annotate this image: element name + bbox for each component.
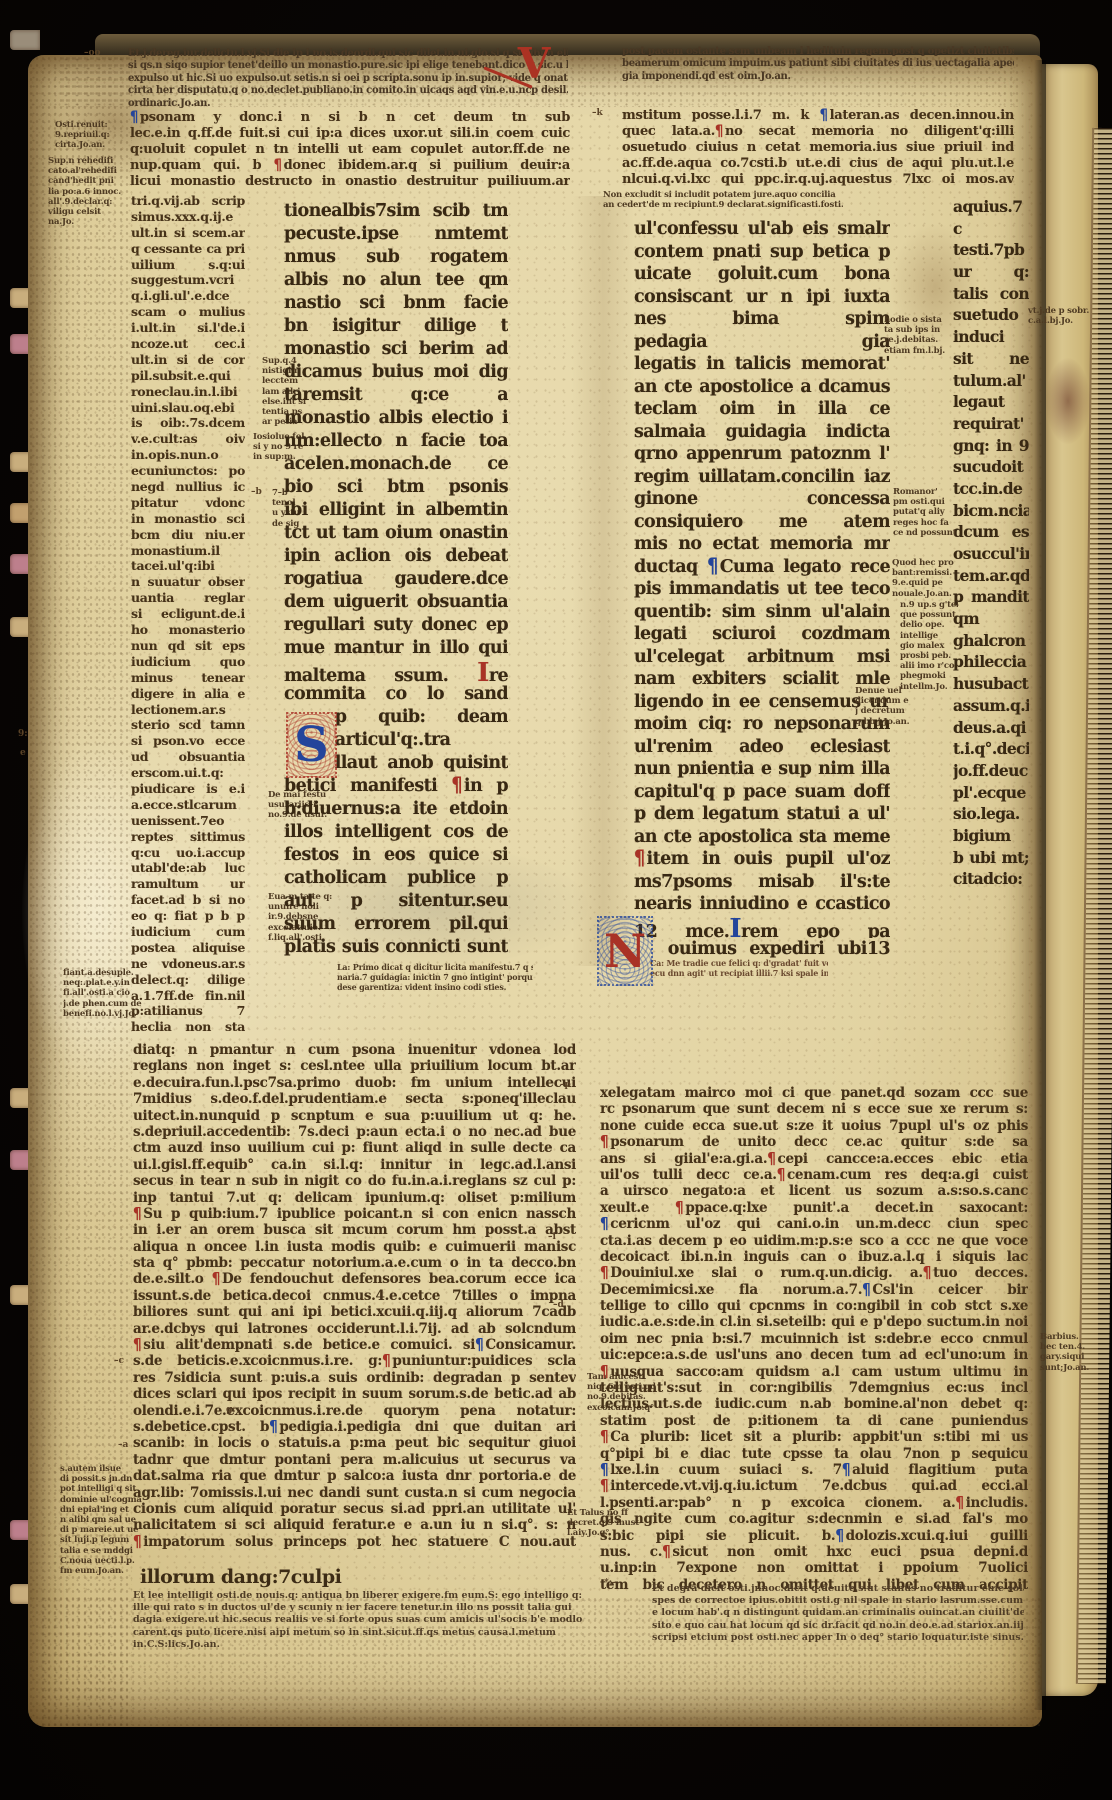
margin-marks: –oo9:e–cg:–p–i–d–a*:––k–b (0, 0, 1112, 1800)
margin-mark: *:– (604, 1578, 617, 1588)
margin-mark: 9: (18, 729, 28, 739)
margin-mark: –d (553, 1300, 564, 1310)
margin-mark: –c (114, 1356, 124, 1366)
margin-mark: –b (251, 487, 262, 497)
margin-mark: e (20, 748, 26, 758)
margin-mark: –a (118, 1440, 128, 1450)
margin-mark: –i (548, 1232, 556, 1242)
manuscript-photo: Et.j.dereg.iur.delictu.l.vj.Si die ip i … (0, 0, 1112, 1800)
margin-mark: –p (560, 1080, 571, 1090)
margin-mark: –oo (84, 48, 101, 58)
margin-mark: g: (226, 1405, 236, 1415)
margin-mark: –k (592, 108, 603, 118)
